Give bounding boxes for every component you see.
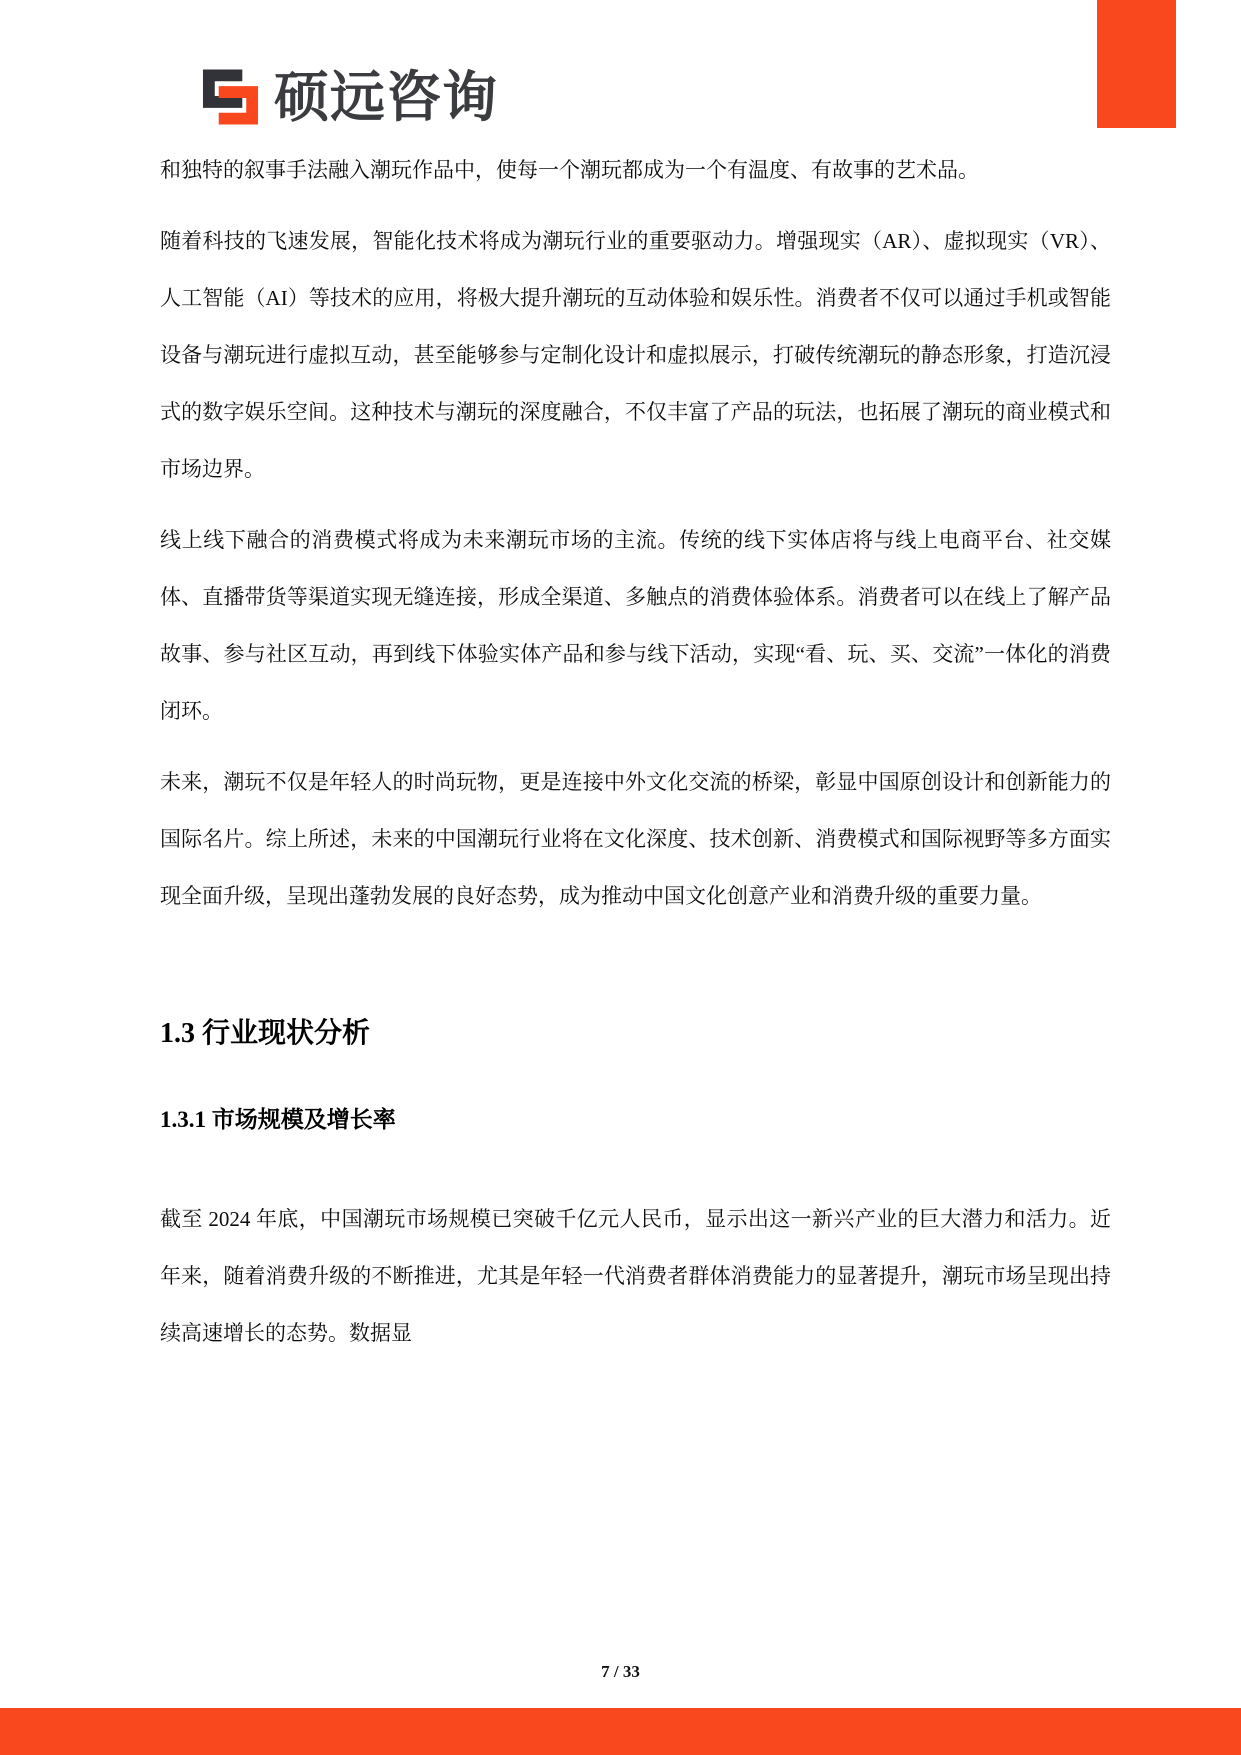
logo-icon <box>201 68 260 126</box>
page-footer: 7 / 33 <box>0 1662 1241 1682</box>
page-number: 7 / 33 <box>601 1662 640 1681</box>
document-body: 和独特的叙事手法融入潮玩作品中，使每一个潮玩都成为一个有温度、有故事的艺术品。 … <box>160 142 1111 1362</box>
bottom-accent-bar <box>0 1708 1241 1755</box>
logo-text: 硕远咨询 <box>274 70 498 125</box>
body-paragraph-1: 和独特的叙事手法融入潮玩作品中，使每一个潮玩都成为一个有温度、有故事的艺术品。 <box>160 142 1111 199</box>
subsection-heading: 1.3.1 市场规模及增长率 <box>160 1103 1111 1137</box>
body-paragraph-2: 随着科技的飞速发展，智能化技术将成为潮玩行业的重要驱动力。增强现实（AR）、虚拟… <box>160 213 1111 498</box>
report-page: 硕远咨询 和独特的叙事手法融入潮玩作品中，使每一个潮玩都成为一个有温度、有故事的… <box>0 0 1241 1755</box>
section-heading: 1.3 行业现状分析 <box>160 1013 1111 1055</box>
top-right-accent-rectangle <box>1097 0 1176 128</box>
brand-logo: 硕远咨询 <box>201 68 498 126</box>
body-paragraph-5: 截至 2024 年底，中国潮玩市场规模已突破千亿元人民币，显示出这一新兴产业的巨… <box>160 1191 1111 1362</box>
body-paragraph-3: 线上线下融合的消费模式将成为未来潮玩市场的主流。传统的线下实体店将与线上电商平台… <box>160 512 1111 740</box>
body-paragraph-4: 未来，潮玩不仅是年轻人的时尚玩物，更是连接中外文化交流的桥梁，彰显中国原创设计和… <box>160 754 1111 925</box>
